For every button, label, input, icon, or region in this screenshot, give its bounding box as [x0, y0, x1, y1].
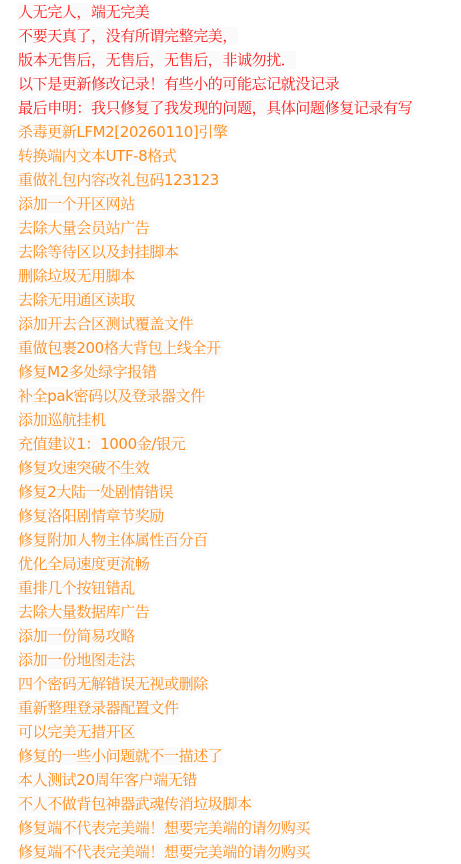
changelog-item: 重新整理登录器配置文件	[17, 696, 461, 720]
changelog-item: 修复端不代表完美端！想要完美端的请勿购买	[17, 816, 461, 840]
changelog-item: 本人测试20周年客户端无错	[17, 768, 461, 792]
changelog-item: 充值建议1：1000金/银元	[17, 432, 461, 456]
changelog-item: 去除等待区以及封挂脚本	[17, 240, 461, 264]
changelog-item: 重做礼包内容改礼包码123123	[17, 168, 461, 192]
changelog-item: 添加一份地图走法	[17, 648, 461, 672]
header-line: 人无完人，端无完美	[17, 0, 461, 24]
changelog-item: 添加一份简易攻略	[17, 624, 461, 648]
changelog-item: 修复2大陆一处剧情错误	[17, 480, 461, 504]
changelog-item: 可以完美无措开区	[17, 720, 461, 744]
changelog-item: 重排几个按钮错乱	[17, 576, 461, 600]
changelog-item: 杀毒更新LFM2[20260110]引擎	[17, 120, 461, 144]
header-line: 版本无售后，无售后，无售后，非诚勿扰．	[17, 48, 461, 72]
changelog-item: 添加开去合区测试覆盖文件	[17, 312, 461, 336]
header-line: 不要天真了，没有所谓完整完美，	[17, 24, 461, 48]
header-line: 以下是更新修改记录！有些小的可能忘记就没记录	[17, 72, 461, 96]
changelog-item: 转换端内文本UTF-8格式	[17, 144, 461, 168]
changelog-item: 去除大量数据库广告	[17, 600, 461, 624]
changelog-item: 修复的一些小问题就不一描述了	[17, 744, 461, 768]
header-line: 最后申明：我只修复了我发现的问题，具体问题修复记录有写	[17, 96, 461, 120]
changelog-item: 添加一个开区网站	[17, 192, 461, 216]
changelog-document: 人无完人，端无完美 不要天真了，没有所谓完整完美， 版本无售后，无售后，无售后，…	[0, 0, 461, 864]
changelog-item: 修复攻速突破不生效	[17, 456, 461, 480]
changelog-item: 优化全局速度更流畅	[17, 552, 461, 576]
changelog-item: 删除垃圾无用脚本	[17, 264, 461, 288]
changelog-item: 修复附加人物主体属性百分百	[17, 528, 461, 552]
changelog-item: 修复M2多处绿字报错	[17, 360, 461, 384]
changelog-item: 不人不做背包神器武魂传消垃圾脚本	[17, 792, 461, 816]
changelog-item: 去除大量会员站广告	[17, 216, 461, 240]
changelog-item: 修复端不代表完美端！想要完美端的请勿购买	[17, 840, 461, 864]
changelog-item: 补全pak密码以及登录器文件	[17, 384, 461, 408]
changelog-item: 去除无用通区读取	[17, 288, 461, 312]
changelog-item: 添加巡航挂机	[17, 408, 461, 432]
changelog-item: 修复洛阳剧情章节奖励	[17, 504, 461, 528]
changelog-item: 四个密码无解错误无视或删除	[17, 672, 461, 696]
changelog-item: 重做包裹200格大背包上线全开	[17, 336, 461, 360]
